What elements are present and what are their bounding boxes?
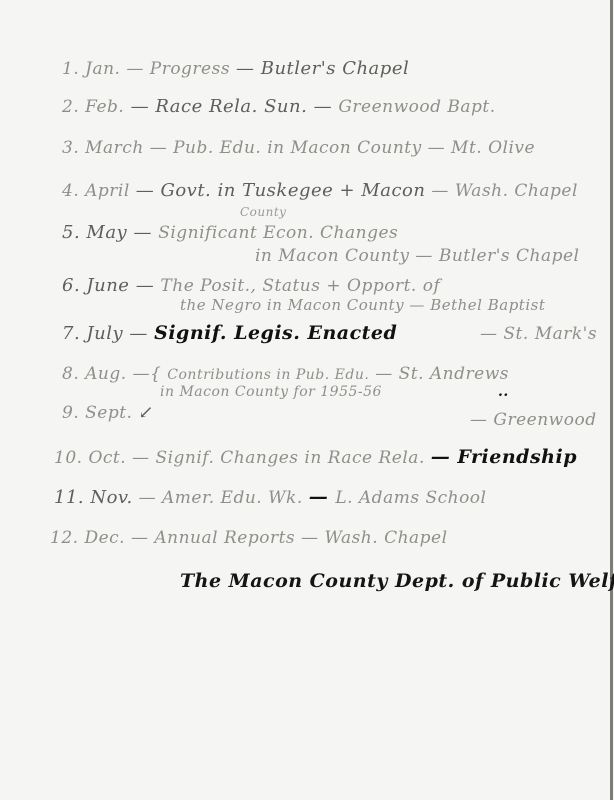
- entry-1: 1. Jan. — Progress — Butler's Chapel: [62, 58, 409, 79]
- entry-place: Mt. Olive: [451, 138, 535, 158]
- entry-4-insert: County: [240, 205, 286, 219]
- entry-topic: Pub. Edu. in Macon County: [173, 138, 422, 158]
- entry-place: Wash. Chapel: [455, 181, 578, 201]
- entry-month: 2. Feb.: [62, 97, 124, 117]
- entry-4: 4. April — Govt. in Tuskegee + Macon — W…: [62, 180, 578, 201]
- entry-month: 7. July: [62, 323, 123, 344]
- entry-place: L. Adams School: [335, 488, 486, 508]
- entry-topic-line2: the Negro in Macon County: [180, 296, 404, 314]
- footer-note: The Macon County Dept. of Public Welfare: [180, 570, 614, 592]
- entry-10: 10. Oct. — Signif. Changes in Race Rela.…: [54, 446, 577, 468]
- entry-topic: The Posit., Status + Opport. of: [160, 276, 440, 296]
- ditto-mark: ..: [498, 384, 509, 400]
- entry-place: Butler's Chapel: [439, 246, 580, 266]
- entry-place: St. Andrews: [399, 364, 509, 384]
- entry-month: 10. Oct.: [54, 448, 126, 468]
- entry-5-line2: in Macon County — Butler's Chapel: [255, 246, 580, 266]
- entry-topic: Progress: [150, 59, 230, 79]
- entry-month: 6. June: [62, 275, 129, 296]
- entry-place: Bethel Baptist: [430, 296, 545, 314]
- entry-month: 8. Aug.: [62, 364, 127, 384]
- entry-month: 12. Dec.: [50, 528, 125, 548]
- entry-8-line2: in Macon County for 1955-56: [160, 384, 382, 400]
- entry-month: 9. Sept.: [62, 403, 132, 423]
- entry-12: 12. Dec. — Annual Reports — Wash. Chapel: [50, 528, 448, 548]
- entry-topic: Contributions in Pub. Edu.: [167, 367, 369, 383]
- entry-9-place: — Greenwood: [470, 410, 597, 430]
- entry-2: 2. Feb. — Race Rela. Sun. — Greenwood Ba…: [62, 96, 496, 117]
- entry-month: 5. May: [62, 222, 127, 243]
- entry-topic: Annual Reports: [154, 528, 295, 548]
- entry-place: St. Mark's: [503, 324, 597, 344]
- entry-place: Greenwood Bapt.: [338, 97, 495, 117]
- entry-6-line2: the Negro in Macon County — Bethel Bapti…: [180, 296, 545, 314]
- entry-7-place: — St. Mark's: [480, 324, 597, 344]
- entry-month: 4. April: [62, 181, 130, 201]
- entry-7: 7. July — Signif. Legis. Enacted: [62, 322, 397, 344]
- entry-6: 6. June — The Posit., Status + Opport. o…: [62, 275, 440, 296]
- entry-month: 11. Nov.: [54, 487, 133, 508]
- entry-3: 3. March — Pub. Edu. in Macon County — M…: [62, 138, 535, 158]
- document-page: 1. Jan. — Progress — Butler's Chapel 2. …: [0, 0, 613, 800]
- entry-11: 11. Nov. — Amer. Edu. Wk. — L. Adams Sch…: [54, 486, 486, 508]
- entry-topic: Amer. Edu. Wk.: [162, 488, 303, 508]
- entry-topic: Signif. Legis. Enacted: [154, 322, 397, 344]
- entry-topic: Race Rela. Sun.: [155, 96, 307, 117]
- entry-month: 3. March: [62, 138, 144, 158]
- entry-9: 9. Sept. ↙: [62, 402, 154, 423]
- entry-topic: Govt. in Tuskegee + Macon: [160, 180, 425, 201]
- entry-place: Wash. Chapel: [324, 528, 447, 548]
- entry-place: Friendship: [457, 446, 577, 468]
- entry-topic: Signif. Changes in Race Rela.: [155, 448, 424, 468]
- entry-place: Greenwood: [493, 410, 596, 430]
- entry-5: 5. May — Significant Econ. Changes: [62, 222, 398, 243]
- entry-topic-line2: in Macon County: [255, 246, 410, 266]
- entry-place: Butler's Chapel: [261, 58, 410, 79]
- entry-topic: Significant Econ. Changes: [158, 223, 398, 243]
- entry-8: 8. Aug. —{ Contributions in Pub. Edu. — …: [62, 364, 509, 384]
- entry-month: 1. Jan.: [62, 59, 120, 79]
